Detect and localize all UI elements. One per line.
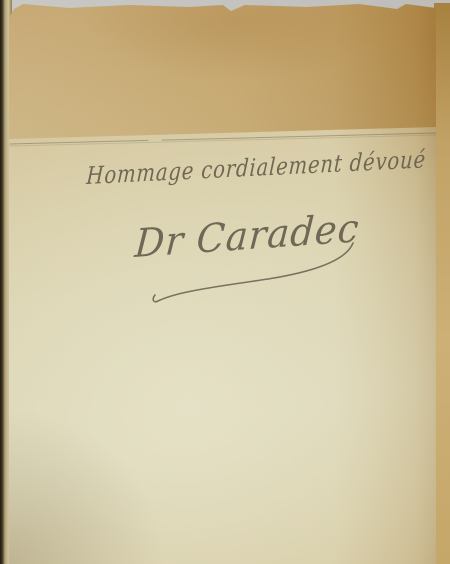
page-aged-top-band [9,0,436,146]
photo-background: Hommage cordialement dévoué Dr Caradec [0,0,450,564]
book-flyleaf-page [9,0,436,564]
underlying-page-edge [434,3,450,564]
